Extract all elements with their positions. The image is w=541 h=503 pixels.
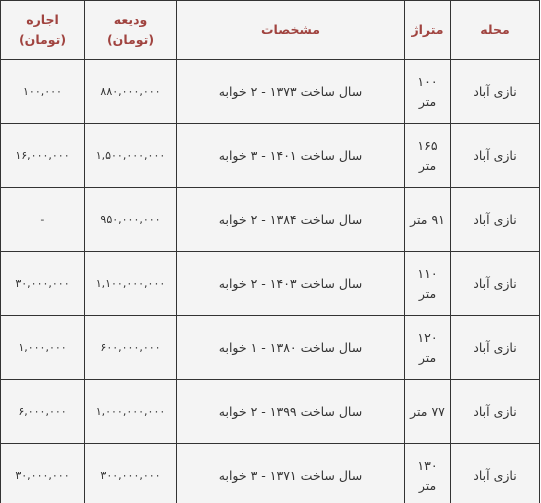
cell-deposit: ۸۸۰,۰۰۰,۰۰۰	[85, 60, 177, 124]
cell-rent: ۱,۰۰۰,۰۰۰	[1, 316, 85, 380]
cell-neighborhood: نازی آباد	[451, 316, 540, 380]
table-row: نازی آباد ۱۲۰ متر سال ساخت ۱۳۸۰ - ۱ خواب…	[1, 316, 540, 380]
cell-neighborhood: نازی آباد	[451, 188, 540, 252]
cell-specs: سال ساخت ۱۳۷۳ - ۲ خوابه	[177, 60, 405, 124]
table-row: نازی آباد ۱۰۰ متر سال ساخت ۱۳۷۳ - ۲ خواب…	[1, 60, 540, 124]
cell-size: ۱۰۰ متر	[405, 60, 451, 124]
header-rent: اجاره (تومان)	[1, 1, 85, 60]
cell-deposit: ۱,۰۰۰,۰۰۰,۰۰۰	[85, 380, 177, 444]
cell-rent: ۳۰,۰۰۰,۰۰۰	[1, 444, 85, 503]
table-row: نازی آباد ۱۱۰ متر سال ساخت ۱۴۰۳ - ۲ خواب…	[1, 252, 540, 316]
table-row: نازی آباد ۹۱ متر سال ساخت ۱۳۸۴ - ۲ خوابه…	[1, 188, 540, 252]
rental-listings-table: محله متراژ مشخصات ودیعه (تومان) اجاره (ت…	[0, 0, 540, 503]
cell-size: ۱۶۵ متر	[405, 124, 451, 188]
cell-rent: ۱۰۰,۰۰۰	[1, 60, 85, 124]
cell-deposit: ۳۰۰,۰۰۰,۰۰۰	[85, 444, 177, 503]
cell-specs: سال ساخت ۱۴۰۳ - ۲ خوابه	[177, 252, 405, 316]
cell-size: ۱۱۰ متر	[405, 252, 451, 316]
cell-size: ۹۱ متر	[405, 188, 451, 252]
cell-neighborhood: نازی آباد	[451, 124, 540, 188]
cell-specs: سال ساخت ۱۳۷۱ - ۳ خوابه	[177, 444, 405, 503]
cell-deposit: ۹۵۰,۰۰۰,۰۰۰	[85, 188, 177, 252]
cell-size: ۷۷ متر	[405, 380, 451, 444]
table-row: نازی آباد ۷۷ متر سال ساخت ۱۳۹۹ - ۲ خوابه…	[1, 380, 540, 444]
header-deposit: ودیعه (تومان)	[85, 1, 177, 60]
header-specs: مشخصات	[177, 1, 405, 60]
cell-size: ۱۲۰ متر	[405, 316, 451, 380]
cell-neighborhood: نازی آباد	[451, 444, 540, 503]
cell-neighborhood: نازی آباد	[451, 252, 540, 316]
cell-specs: سال ساخت ۱۳۸۴ - ۲ خوابه	[177, 188, 405, 252]
cell-neighborhood: نازی آباد	[451, 380, 540, 444]
cell-specs: سال ساخت ۱۳۹۹ - ۲ خوابه	[177, 380, 405, 444]
table-row: نازی آباد ۱۶۵ متر سال ساخت ۱۴۰۱ - ۳ خواب…	[1, 124, 540, 188]
cell-rent: -	[1, 188, 85, 252]
cell-specs: سال ساخت ۱۴۰۱ - ۳ خوابه	[177, 124, 405, 188]
cell-size: ۱۳۰ متر	[405, 444, 451, 503]
cell-rent: ۶,۰۰۰,۰۰۰	[1, 380, 85, 444]
cell-rent: ۱۶,۰۰۰,۰۰۰	[1, 124, 85, 188]
cell-neighborhood: نازی آباد	[451, 60, 540, 124]
header-size: متراژ	[405, 1, 451, 60]
cell-deposit: ۶۰۰,۰۰۰,۰۰۰	[85, 316, 177, 380]
cell-deposit: ۱,۱۰۰,۰۰۰,۰۰۰	[85, 252, 177, 316]
header-neighborhood: محله	[451, 1, 540, 60]
table-header-row: محله متراژ مشخصات ودیعه (تومان) اجاره (ت…	[1, 1, 540, 60]
listing-table-container: محله متراژ مشخصات ودیعه (تومان) اجاره (ت…	[0, 0, 541, 503]
table-row: نازی آباد ۱۳۰ متر سال ساخت ۱۳۷۱ - ۳ خواب…	[1, 444, 540, 503]
cell-specs: سال ساخت ۱۳۸۰ - ۱ خوابه	[177, 316, 405, 380]
cell-rent: ۳۰,۰۰۰,۰۰۰	[1, 252, 85, 316]
cell-deposit: ۱,۵۰۰,۰۰۰,۰۰۰	[85, 124, 177, 188]
